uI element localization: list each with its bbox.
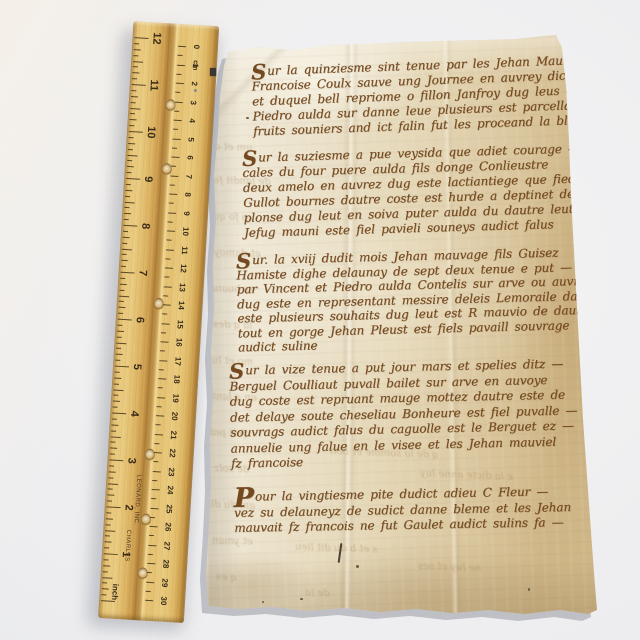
cm-tick (174, 120, 182, 121)
cm-tick (154, 452, 162, 453)
cm-tick (149, 526, 157, 527)
cm-number: 12 (177, 261, 188, 276)
cm-tick (148, 554, 153, 555)
cm-number: 15 (174, 317, 185, 332)
cm-tick (148, 544, 156, 545)
inch-tick (127, 154, 137, 156)
verso-showthrough: et yman (212, 535, 253, 547)
cm-number: 26 (162, 520, 173, 535)
inch-tick (110, 442, 115, 443)
cm-number: 19 (170, 390, 181, 405)
inch-tick (132, 84, 146, 86)
inch-tick (133, 66, 138, 67)
cm-number: 13 (176, 280, 187, 295)
dark-speck (262, 601, 264, 603)
inch-tick (129, 137, 134, 138)
cm-tick (178, 46, 186, 47)
inch-number: 7 (136, 264, 149, 283)
inch-tick (106, 524, 111, 525)
inch-number: 2 (122, 498, 135, 517)
inch-tick (109, 471, 116, 472)
manuscript-paragraph: Sur la quinziesme sint tenue par les Jeh… (251, 52, 624, 140)
dark-speck (300, 598, 303, 600)
inch-tick (103, 559, 108, 560)
inch-tick (107, 495, 114, 496)
cm-number: 21 (168, 427, 179, 442)
cm-tick (165, 267, 173, 268)
cm-tick (147, 572, 152, 573)
cm-tick (163, 295, 168, 296)
inch-tick (122, 248, 132, 250)
cm-tick (176, 73, 181, 74)
inch-tick (124, 219, 129, 220)
dark-speck (528, 588, 530, 591)
inch-number: 9 (142, 170, 155, 189)
inch-number: 4 (128, 404, 141, 423)
inch-tick (107, 500, 112, 501)
cm-number: 27 (161, 538, 172, 553)
inch-tick (114, 377, 121, 378)
cm-tick (163, 304, 171, 305)
inch-tick (118, 307, 125, 308)
inch-number: 10 (144, 123, 157, 142)
inch-tick (109, 459, 123, 461)
inch-tick (110, 448, 117, 449)
inch-number: 5 (130, 358, 143, 377)
inch-tick (131, 102, 136, 103)
cm-number: 20 (169, 409, 180, 424)
cm-tick (159, 369, 164, 370)
inch-number: 1 (119, 545, 132, 564)
inch-tick (123, 231, 128, 232)
cm-tick (157, 397, 165, 398)
cm-number: 14 (175, 298, 186, 313)
cm-tick (171, 166, 176, 167)
cm-tick (158, 387, 163, 388)
binder-hole (141, 513, 152, 526)
cm-tick (152, 480, 157, 481)
inch-tick (117, 336, 122, 337)
inch-tick (131, 96, 138, 97)
inch-tick (121, 266, 126, 267)
cm-number: 4 (186, 113, 197, 128)
cm-tick (177, 64, 185, 65)
cm-tick (157, 406, 162, 407)
cm-number: 10 (180, 224, 191, 239)
inch-tick (115, 366, 129, 368)
cm-number: 22 (167, 446, 178, 461)
inch-tick (125, 201, 135, 203)
inch-tick (111, 436, 121, 438)
cm-number: 16 (173, 335, 184, 350)
cm-number: 3 (187, 95, 198, 110)
inch-tick (130, 108, 140, 110)
inch-tick (123, 237, 130, 238)
inch-tick (114, 389, 124, 391)
cm-number: 17 (172, 353, 183, 368)
cm-number: 11 (179, 243, 190, 258)
cm-tick (171, 157, 179, 158)
inch-tick (119, 301, 124, 302)
inch-tick (126, 184, 131, 185)
inch-number: 6 (133, 311, 146, 330)
inch-tick (105, 536, 110, 537)
verso-showthrough: de la (305, 588, 330, 600)
cm-number: 7 (183, 169, 194, 184)
cm-number: 30 (158, 594, 169, 609)
cm-tick (169, 203, 174, 204)
inch-tick (129, 125, 134, 126)
inch-tick (102, 588, 109, 589)
cm-tick (146, 591, 151, 592)
cm-tick (175, 101, 183, 102)
binder-hole (137, 567, 148, 580)
inch-tick (119, 289, 124, 290)
cm-number: 8 (182, 187, 193, 202)
inch-tick (105, 530, 115, 532)
inch-number: 11 (147, 76, 160, 95)
cm-tick (174, 110, 179, 111)
inch-tick (128, 143, 135, 144)
inch-tick (125, 190, 132, 191)
inch-tick (113, 395, 118, 396)
inch-tick (123, 225, 137, 227)
inch-tick (128, 149, 133, 150)
cm-number: 18 (171, 372, 182, 387)
cm-number: 1 (190, 58, 201, 73)
inch-tick (110, 454, 115, 455)
photo-backdrop: LEONARD, INC. CHARLES inch cm 1211109876… (0, 0, 640, 640)
inch-tick (112, 418, 117, 419)
inch-tick (102, 577, 112, 579)
cm-tick (151, 507, 159, 508)
inch-tick (108, 477, 113, 478)
inch-tick (134, 49, 141, 50)
cm-number: 23 (165, 464, 176, 479)
cm-tick (173, 138, 181, 139)
cm-tick (168, 212, 176, 213)
cm-tick (162, 314, 167, 315)
inch-tick (116, 348, 121, 349)
inch-tick (119, 295, 129, 297)
dark-speck (356, 565, 359, 568)
inch-tick (121, 272, 135, 274)
inch-tick (113, 407, 118, 408)
inch-tick (122, 242, 127, 243)
inch-tick (116, 342, 126, 344)
cm-tick (155, 434, 163, 435)
inch-tick (120, 278, 125, 279)
verso-showthrough: ne luy et ses (418, 561, 482, 574)
cm-number: 6 (184, 150, 195, 165)
inch-tick (126, 178, 140, 180)
inch-tick (118, 313, 123, 314)
inch-tick (124, 207, 129, 208)
cm-number: 28 (160, 557, 171, 572)
cm-tick (170, 184, 175, 185)
inch-tick (132, 72, 139, 73)
inch-tick (134, 43, 139, 44)
inch-tick (120, 283, 127, 284)
manuscript-paragraph: Pour la vingtiesme pite dudict adieu C F… (234, 484, 572, 536)
cm-tick (172, 147, 177, 148)
cm-tick (162, 323, 170, 324)
cm-tick (164, 286, 172, 287)
ruler-holes (133, 21, 219, 26)
inch-tick (116, 354, 123, 355)
inch-tick (104, 553, 118, 555)
backdrop-speck (194, 89, 197, 92)
edge-dark-mark (210, 68, 216, 76)
cm-tick (150, 517, 155, 518)
inch-tick (114, 383, 119, 384)
cm-tick (153, 461, 158, 462)
inch-tick (117, 330, 124, 331)
inch-number: 3 (125, 451, 138, 470)
cm-tick (145, 600, 153, 601)
inch-tick (111, 424, 118, 425)
inch-tick (130, 119, 137, 120)
cm-tick (160, 350, 165, 351)
inch-tick (126, 172, 131, 173)
cm-tick (166, 249, 174, 250)
cm-number: 5 (185, 132, 196, 147)
cm-tick (146, 581, 154, 582)
inch-tick (111, 430, 116, 431)
cm-tick (160, 341, 168, 342)
inch-tick (127, 166, 134, 167)
inch-tick (118, 319, 132, 321)
cm-tick (158, 378, 166, 379)
cm-tick (168, 221, 173, 222)
inch-tick (107, 506, 121, 508)
inch-number: 8 (139, 217, 152, 236)
inch-tick (122, 254, 127, 255)
cm-tick (176, 83, 184, 84)
inch-tick (115, 371, 120, 372)
inch-tick (104, 542, 111, 543)
inch-tick (133, 61, 143, 63)
inch-tick (113, 401, 120, 402)
inch-tick (134, 37, 148, 39)
ruler-inch-scale (133, 21, 219, 26)
manuscript-paragraph: Sur. la xviij dudit mois Jehan mauvage f… (236, 245, 604, 355)
cm-tick (161, 332, 166, 333)
inch-number: 12 (150, 29, 163, 48)
inch-tick (108, 483, 118, 485)
inch-tick (109, 465, 114, 466)
cm-tick (156, 415, 164, 416)
cm-tick (165, 258, 170, 259)
cm-tick (153, 470, 161, 471)
cm-tick (149, 535, 154, 536)
inch-tick (132, 78, 137, 79)
binder-hole (144, 448, 155, 461)
inch-tick (125, 195, 130, 196)
inch-tick (106, 518, 113, 519)
verso-showthrough: q es (216, 572, 237, 584)
inch-tick (130, 113, 135, 114)
inch-tick (102, 583, 107, 584)
inch-tick (131, 90, 136, 91)
inch-tick (127, 160, 132, 161)
cm-tick (147, 563, 155, 564)
cm-number: 9 (181, 206, 192, 221)
inch-tick (101, 594, 106, 595)
inch-tick (108, 489, 113, 490)
cm-tick (170, 175, 178, 176)
inch-tick (129, 131, 143, 133)
inch-tick (124, 213, 131, 214)
inch-tick (106, 512, 111, 513)
inch-tick (121, 260, 128, 261)
cm-tick (152, 489, 160, 490)
cm-tick (164, 277, 169, 278)
dark-speck (246, 117, 249, 119)
inch-tick (112, 412, 126, 414)
inch-tick (103, 571, 108, 572)
cm-tick (175, 92, 180, 93)
cm-tick (154, 443, 159, 444)
cm-number: 24 (164, 483, 175, 498)
cm-tick (177, 55, 182, 56)
inch-tick (133, 55, 138, 56)
cm-tick (159, 360, 167, 361)
cm-tick (169, 193, 177, 194)
cm-tick (173, 129, 178, 130)
wooden-ruler: LEONARD, INC. CHARLES inch cm 1211109876… (98, 21, 219, 623)
inch-tick (117, 325, 122, 326)
manuscript-paragraph: Sur la suziesme a pue veysida que adiet … (242, 141, 598, 241)
inch-tick (115, 360, 120, 361)
inch-tick (104, 547, 109, 548)
cm-tick (151, 498, 156, 499)
inch-tick (103, 565, 110, 566)
cm-number: 29 (159, 575, 170, 590)
manuscript-paragraph: Sur la vize tenue a put jour mars et spe… (229, 356, 579, 472)
ruler-cm-scale (133, 21, 219, 26)
cm-tick (156, 424, 161, 425)
cm-tick (167, 230, 175, 231)
cm-tick (166, 240, 171, 241)
cm-number: 25 (163, 501, 174, 516)
cm-number: 0 (191, 40, 202, 55)
